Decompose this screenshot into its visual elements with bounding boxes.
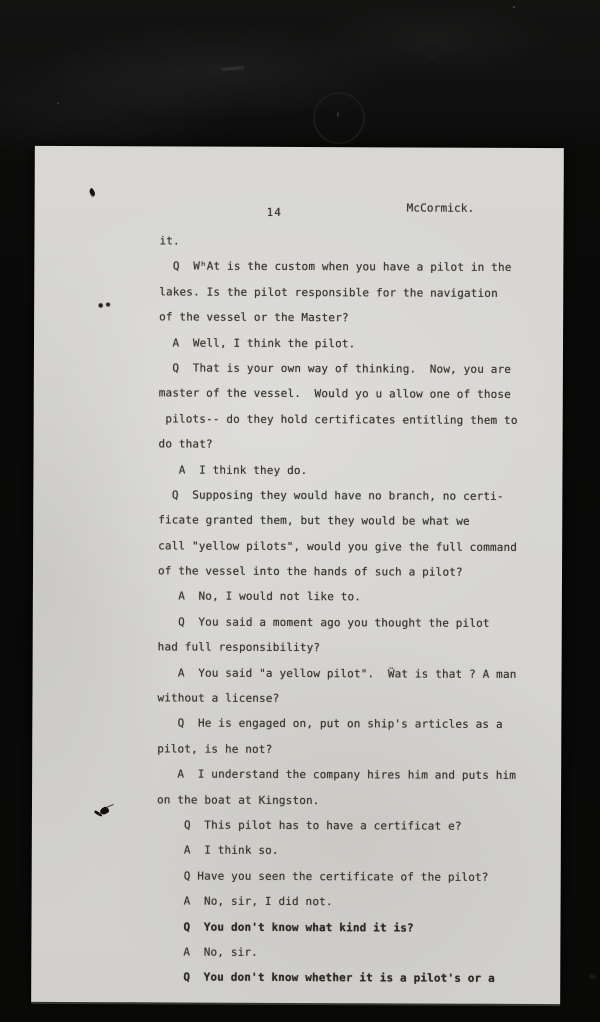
dust-speck [431, 56, 433, 57]
transcript-line: Q That is your own way of thinking. Now,… [159, 355, 559, 382]
transcript-line: lakes. Is the pilot responsible for the … [159, 279, 559, 306]
transcript-line: do that? [159, 432, 559, 459]
transcript-line: A No, sir. [156, 939, 556, 966]
transcript-line: Q WʰAt is the custom when you have a pil… [159, 254, 559, 281]
ink-blot-flick [107, 803, 114, 807]
transcript-line: on the boat at Kingston. [157, 787, 557, 814]
transcript-text-block: it. Q WʰAt is the custom when you have a… [156, 228, 559, 991]
transcript-line: A I understand the company hires him and… [157, 762, 557, 789]
apostrophe-tick-mark [88, 187, 96, 197]
transcript-line: pilots-- do they hold certificates entit… [159, 406, 559, 433]
witness-name: McCormick. [407, 201, 475, 214]
transcript-line: of the vessel or the Master? [159, 305, 559, 332]
transcript-line: A I think they do. [158, 457, 558, 484]
dust-speck [513, 6, 515, 8]
transcript-line: Q Supposing they would have no branch, n… [158, 482, 558, 509]
transcript-line: ficate granted them, but they would be w… [158, 508, 558, 535]
transcript-line: Q You said a moment ago you thought the … [158, 609, 558, 636]
transcript-line: call "yellow pilots", would you give the… [158, 533, 558, 560]
transcript-line: A No, I would not like to. [158, 584, 558, 611]
transcript-line: A No, sir, I did not. [157, 889, 557, 916]
scanner-dash-artifact [222, 66, 244, 70]
transcript-line: Q This pilot has to have a certificat e? [157, 812, 557, 839]
transcript-line: Q Have you seen the certificate of the p… [157, 863, 557, 890]
scanned-document-page: 14 McCormick. it. Q WʰAt is the custom w… [0, 0, 600, 1022]
transcript-line: had full responsibility? [158, 635, 558, 662]
transcript-line: A Well, I think the pilot. [159, 330, 559, 357]
transcript-paper-sheet: 14 McCormick. it. Q WʰAt is the custom w… [31, 146, 564, 1004]
page-number: 14 [267, 206, 282, 219]
transcript-line: master of the vessel. Would yo u allow o… [159, 381, 559, 408]
transcript-line: Q He is engaged on, put on ship's articl… [157, 711, 557, 738]
margin-smudge-mark [97, 302, 113, 308]
transcript-line: of the vessel into the hands of such a p… [158, 558, 558, 585]
transcript-line: pilot, is he not? [157, 736, 557, 763]
transcript-line: Q You don't know what kind it is? [156, 914, 556, 941]
transcript-line: A I think so. [157, 838, 557, 865]
edge-smudge-artifact [589, 974, 596, 979]
transcript-line: A You said "a yellow pilot". Ẅat is that… [158, 660, 558, 687]
scanner-ring-artifact [313, 92, 365, 144]
dust-speck [57, 102, 59, 104]
transcript-line: it. [159, 228, 559, 255]
margin-ink-blot [94, 803, 114, 820]
transcript-line: without a license? [157, 685, 557, 712]
transcript-line: Q You don't know whether it is a pilot's… [156, 965, 556, 992]
